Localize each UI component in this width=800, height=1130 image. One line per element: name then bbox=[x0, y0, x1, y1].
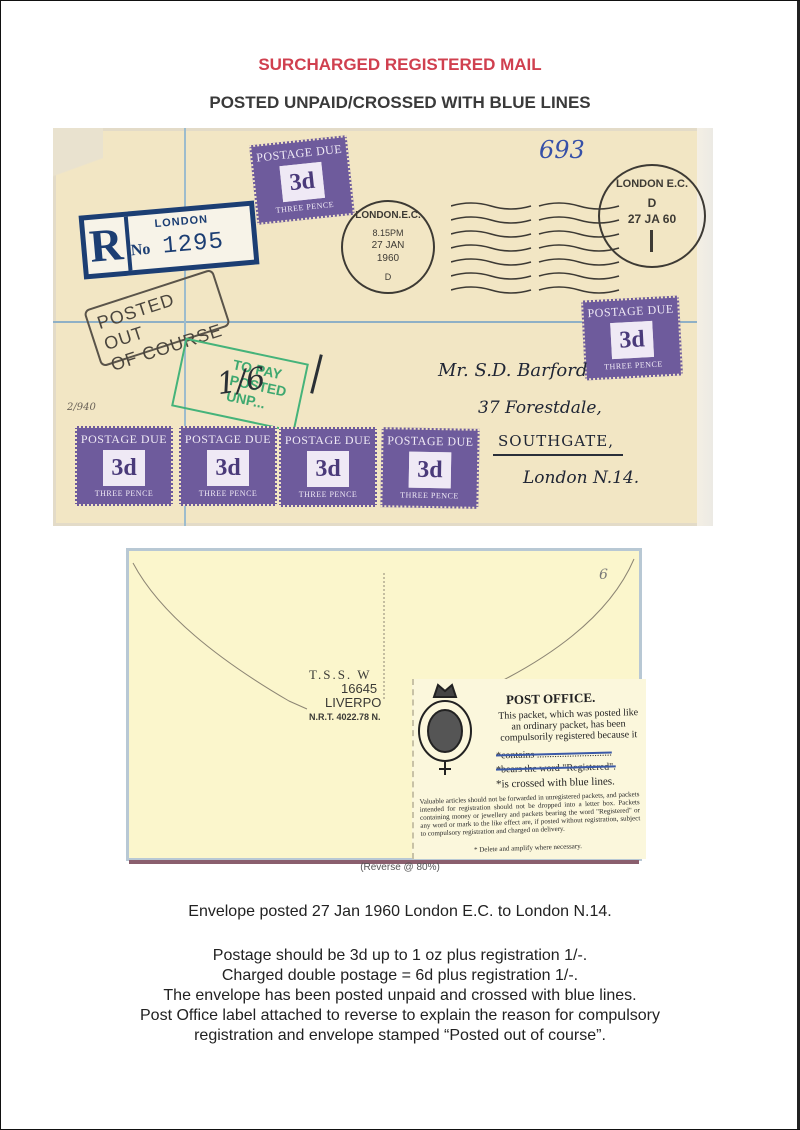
cachet-line: LIVERPO bbox=[309, 696, 381, 710]
manuscript-mark: 6 bbox=[599, 567, 608, 583]
stamp-footer: THREE PENCE bbox=[181, 489, 275, 498]
stamp-value: 3d bbox=[103, 450, 145, 486]
postage-due-stamp: POSTAGE DUE 3d THREE PENCE bbox=[380, 427, 479, 509]
cachet-line: T.S.S. W bbox=[309, 668, 381, 682]
registration-city: LONDON bbox=[154, 214, 209, 231]
cachet-line: 16645 bbox=[309, 682, 381, 696]
label-option-struck: *contains .............................. bbox=[496, 747, 612, 761]
stamp-heading: POSTAGE DUE bbox=[77, 432, 171, 447]
label-fine-print: Valuable articles should not be forwarde… bbox=[419, 790, 640, 838]
address-line: London N.14. bbox=[523, 468, 639, 488]
stamp-heading: POSTAGE DUE bbox=[181, 432, 275, 447]
reverse-caption: (Reverse @ 80%) bbox=[0, 862, 800, 873]
description-line: The envelope has been posted unpaid and … bbox=[0, 986, 800, 1006]
description-line: Charged double postage = 6d plus registr… bbox=[0, 966, 800, 986]
postmark-code: D bbox=[600, 196, 704, 210]
stamp-footer: THREE PENCE bbox=[281, 490, 375, 499]
stamp-value: 3d bbox=[610, 321, 654, 359]
address-line: Mr. S.D. Barford bbox=[438, 360, 587, 381]
postage-due-stamp: POSTAGE DUE 3d THREE PENCE bbox=[249, 135, 355, 225]
registration-no-label: No bbox=[130, 241, 151, 261]
registration-label: R LONDON No 1295 bbox=[79, 200, 260, 279]
stamp-heading: POSTAGE DUE bbox=[252, 141, 347, 166]
postage-due-stamp: POSTAGE DUE 3d THREE PENCE bbox=[179, 426, 277, 506]
stamp-value: 3d bbox=[279, 162, 325, 202]
postage-due-stamp: POSTAGE DUE 3d THREE PENCE bbox=[75, 426, 173, 506]
manuscript-charge: 1/6 bbox=[215, 361, 268, 402]
postmark-time: 8.15PM bbox=[343, 228, 433, 238]
address-underline bbox=[493, 454, 623, 456]
postmark-city: LONDON.E.C. bbox=[343, 210, 433, 221]
page-title: SURCHARGED REGISTERED MAIL bbox=[0, 55, 800, 75]
label-option-struck: *bears the word "Registered". bbox=[496, 761, 616, 775]
description-line: Postage should be 3d up to 1 oz plus reg… bbox=[0, 946, 800, 966]
stamp-heading: POSTAGE DUE bbox=[383, 433, 477, 450]
royal-crest-icon bbox=[414, 679, 476, 779]
label-option-selected: *is crossed with blue lines. bbox=[496, 775, 615, 790]
pencil-note: 2/940 bbox=[67, 402, 96, 413]
registration-number: 1295 bbox=[161, 228, 225, 260]
postmark-year: 1960 bbox=[343, 253, 433, 264]
stamp-footer: THREE PENCE bbox=[77, 489, 171, 498]
postmark-mark bbox=[650, 230, 653, 252]
stamp-heading: POSTAGE DUE bbox=[281, 433, 375, 448]
postmark-city: LONDON E.C. bbox=[600, 178, 704, 190]
label-body: This packet, which was posted like an or… bbox=[496, 707, 642, 744]
stamp-footer: THREE PENCE bbox=[586, 359, 680, 373]
label-footnote: * Delete and amplify where necessary. bbox=[474, 842, 582, 854]
postage-due-stamp: POSTAGE DUE 3d THREE PENCE bbox=[279, 427, 377, 507]
stamp-footer: THREE PENCE bbox=[382, 490, 476, 501]
stamp-heading: POSTAGE DUE bbox=[583, 302, 678, 322]
pencil-stroke bbox=[310, 354, 323, 394]
envelope-front: 693 R LONDON No 1295 POSTAGE DUE 3d THRE… bbox=[53, 128, 713, 526]
manuscript-number: 693 bbox=[539, 136, 585, 164]
postmark-code: D bbox=[343, 272, 433, 282]
ship-cachet: T.S.S. W 16645 LIVERPO N.R.T. 4022.78 N. bbox=[309, 668, 381, 724]
address-line: SOUTHGATE, bbox=[498, 432, 614, 450]
postmark-date: 27 JA 60 bbox=[600, 212, 704, 226]
stamp-value: 3d bbox=[207, 450, 249, 486]
postmark-date: 27 JAN bbox=[343, 240, 433, 251]
address-line: 37 Forestdale, bbox=[478, 398, 602, 418]
label-title: POST OFFICE. bbox=[506, 690, 596, 708]
stamp-footer: THREE PENCE bbox=[258, 198, 352, 217]
registration-letter: R bbox=[84, 217, 133, 275]
circular-postmark: LONDON.E.C. 8.15PM 27 JAN 1960 D bbox=[341, 200, 435, 294]
post-office-label: POST OFFICE. This packet, which was post… bbox=[412, 679, 646, 859]
description-paragraph: Postage should be 3d up to 1 oz plus reg… bbox=[0, 946, 800, 1046]
stamp-value: 3d bbox=[307, 451, 349, 487]
description-summary: Envelope posted 27 Jan 1960 London E.C. … bbox=[0, 903, 800, 921]
description-line: Post Office label attached to reverse to… bbox=[0, 1006, 800, 1026]
envelope-reverse: 6 T.S.S. W 16645 LIVERPO N.R.T. 4022.78 … bbox=[126, 548, 642, 861]
description-line: registration and envelope stamped “Poste… bbox=[0, 1026, 800, 1046]
circular-postmark-2: LONDON E.C. D 27 JA 60 bbox=[598, 164, 706, 268]
postage-due-stamp: POSTAGE DUE 3d THREE PENCE bbox=[581, 295, 683, 380]
page-subtitle: POSTED UNPAID/CROSSED WITH BLUE LINES bbox=[0, 93, 800, 113]
machine-cancel-wavy-lines bbox=[451, 196, 621, 300]
cachet-line: N.R.T. 4022.78 N. bbox=[309, 710, 381, 724]
stamp-value: 3d bbox=[409, 452, 452, 489]
